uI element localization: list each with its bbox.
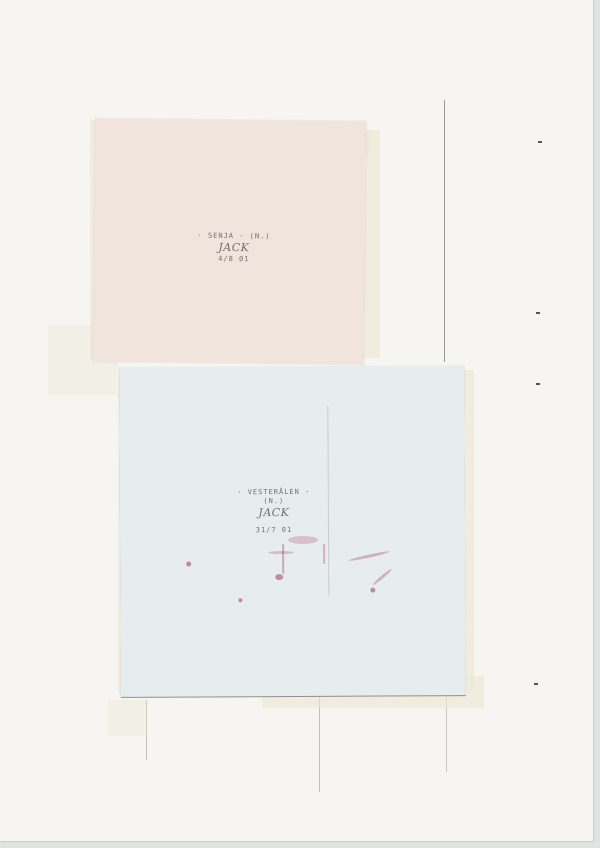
vertical-rule-right	[444, 100, 445, 362]
ink-stain	[186, 562, 191, 567]
sample-region: (N.)	[224, 497, 324, 507]
sample-title: · VESTERÅLEN ·	[224, 488, 324, 498]
paper-sample-vesteralen: · VESTERÅLEN · (N.) JACK 31/7 01	[119, 365, 466, 697]
inscription-vesteralen: · VESTERÅLEN · (N.) JACK 31/7 01	[224, 488, 324, 536]
signature: JACK	[224, 506, 324, 521]
ink-stain	[275, 574, 283, 580]
paper-sample-senja: · SENJA · (N.) JACK 4/8 01	[93, 119, 367, 365]
ink-stain	[238, 598, 242, 602]
registration-mark	[534, 683, 538, 685]
vertical-rule-through-card	[327, 406, 329, 596]
registration-mark	[538, 141, 542, 143]
registration-mark	[536, 312, 540, 314]
sample-title: · SENJA · (N.)	[194, 232, 274, 242]
ink-stain	[288, 536, 318, 544]
sample-date: 31/7 01	[224, 526, 324, 536]
ink-stain	[370, 588, 375, 593]
ink-stain	[323, 544, 325, 564]
ink-stain	[372, 568, 392, 586]
registration-mark	[536, 383, 540, 385]
ink-stain	[282, 544, 284, 574]
inscription-senja: · SENJA · (N.) JACK 4/8 01	[194, 232, 274, 265]
tape-strip	[108, 700, 148, 736]
ink-stain	[348, 550, 390, 562]
mounting-sheet: · SENJA · (N.) JACK 4/8 01 · VESTERÅLEN …	[0, 0, 593, 841]
sample-date: 4/8 01	[194, 255, 274, 265]
signature: JACK	[194, 241, 274, 256]
